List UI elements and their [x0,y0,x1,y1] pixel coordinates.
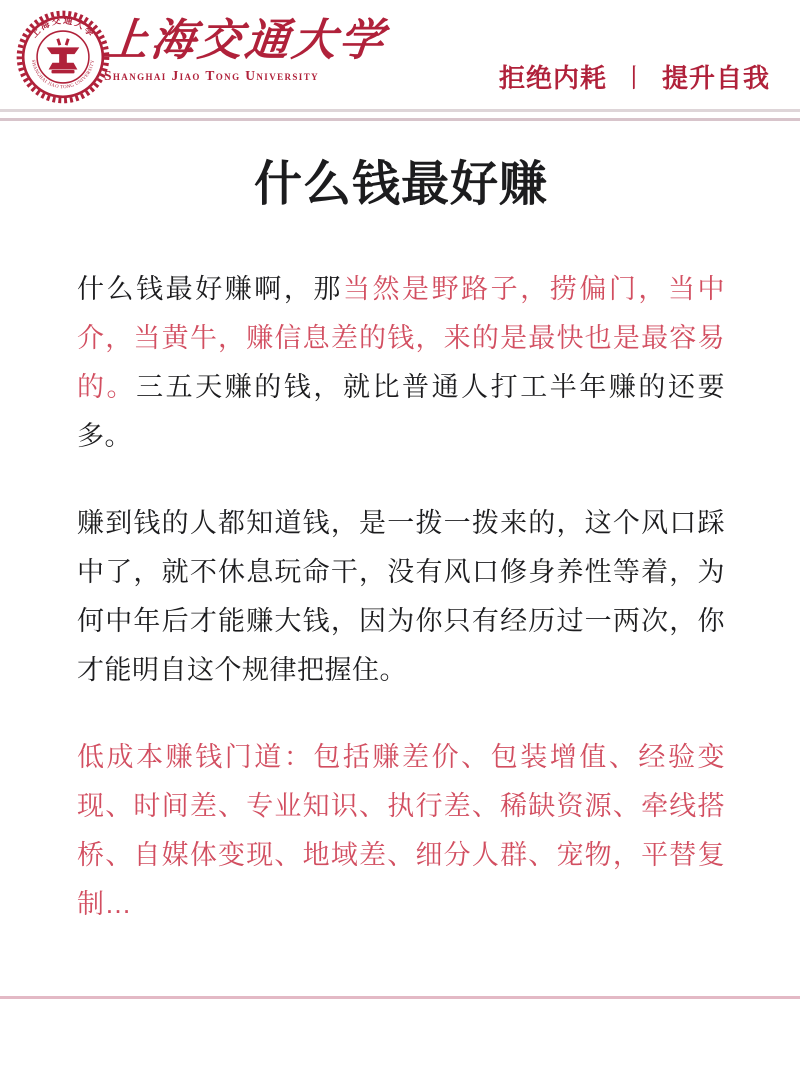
header-divider-upper [0,109,800,112]
anvil-icon [47,38,80,73]
text-segment-black: 三五天赚的钱，就比普通人打工半年赚的还要多。 [77,372,725,451]
slogan-separator: 丨 [621,63,648,93]
university-name-cn: 上海交通大学 [101,16,388,66]
paragraph: 什么钱最好赚啊，那当然是野路子，捞偏门，当中介，当黄牛，赚信息差的钱，来的是最快… [77,265,725,461]
paragraph: 赚到钱的人都知道钱，是一拨一拨来的，这个风口踩中了，就不休息玩命干，没有风口修身… [77,499,725,695]
header: 上海交通大學 SHANGHAI JIAO TONG UNIVERSITY 上海交… [0,0,800,108]
university-brand: 上海交通大学 Shanghai Jiao Tong University [104,16,386,84]
page-title: 什么钱最好赚 [77,150,725,220]
sjtu-seal-icon: 上海交通大學 SHANGHAI JIAO TONG UNIVERSITY [15,9,111,105]
article: 什么钱最好赚 什么钱最好赚啊，那当然是野路子，捞偏门，当中介，当黄牛，赚信息差的… [77,150,725,929]
article-body: 什么钱最好赚啊，那当然是野路子，捞偏门，当中介，当黄牛，赚信息差的钱，来的是最快… [77,265,725,929]
slogan-right: 提升自我 [662,63,770,93]
footer-divider [0,996,800,999]
university-name-en: Shanghai Jiao Tong University [104,68,386,84]
text-segment-red: 低成本赚钱门道：包括赚差价、包装增值、经验变现、时间差、专业知识、执行差、稀缺资… [77,742,725,919]
header-divider-lower [0,118,800,121]
header-slogan: 拒绝内耗丨提升自我 [499,58,770,95]
text-segment-black: 什么钱最好赚啊，那 [77,274,343,304]
text-segment-black: 赚到钱的人都知道钱，是一拨一拨来的，这个风口踩中了，就不休息玩命干，没有风口修身… [77,508,725,685]
paragraph: 低成本赚钱门道：包括赚差价、包装增值、经验变现、时间差、专业知识、执行差、稀缺资… [77,733,725,929]
poster-page: 上海交通大學 SHANGHAI JIAO TONG UNIVERSITY 上海交… [0,0,800,1067]
slogan-left: 拒绝内耗 [499,63,607,93]
